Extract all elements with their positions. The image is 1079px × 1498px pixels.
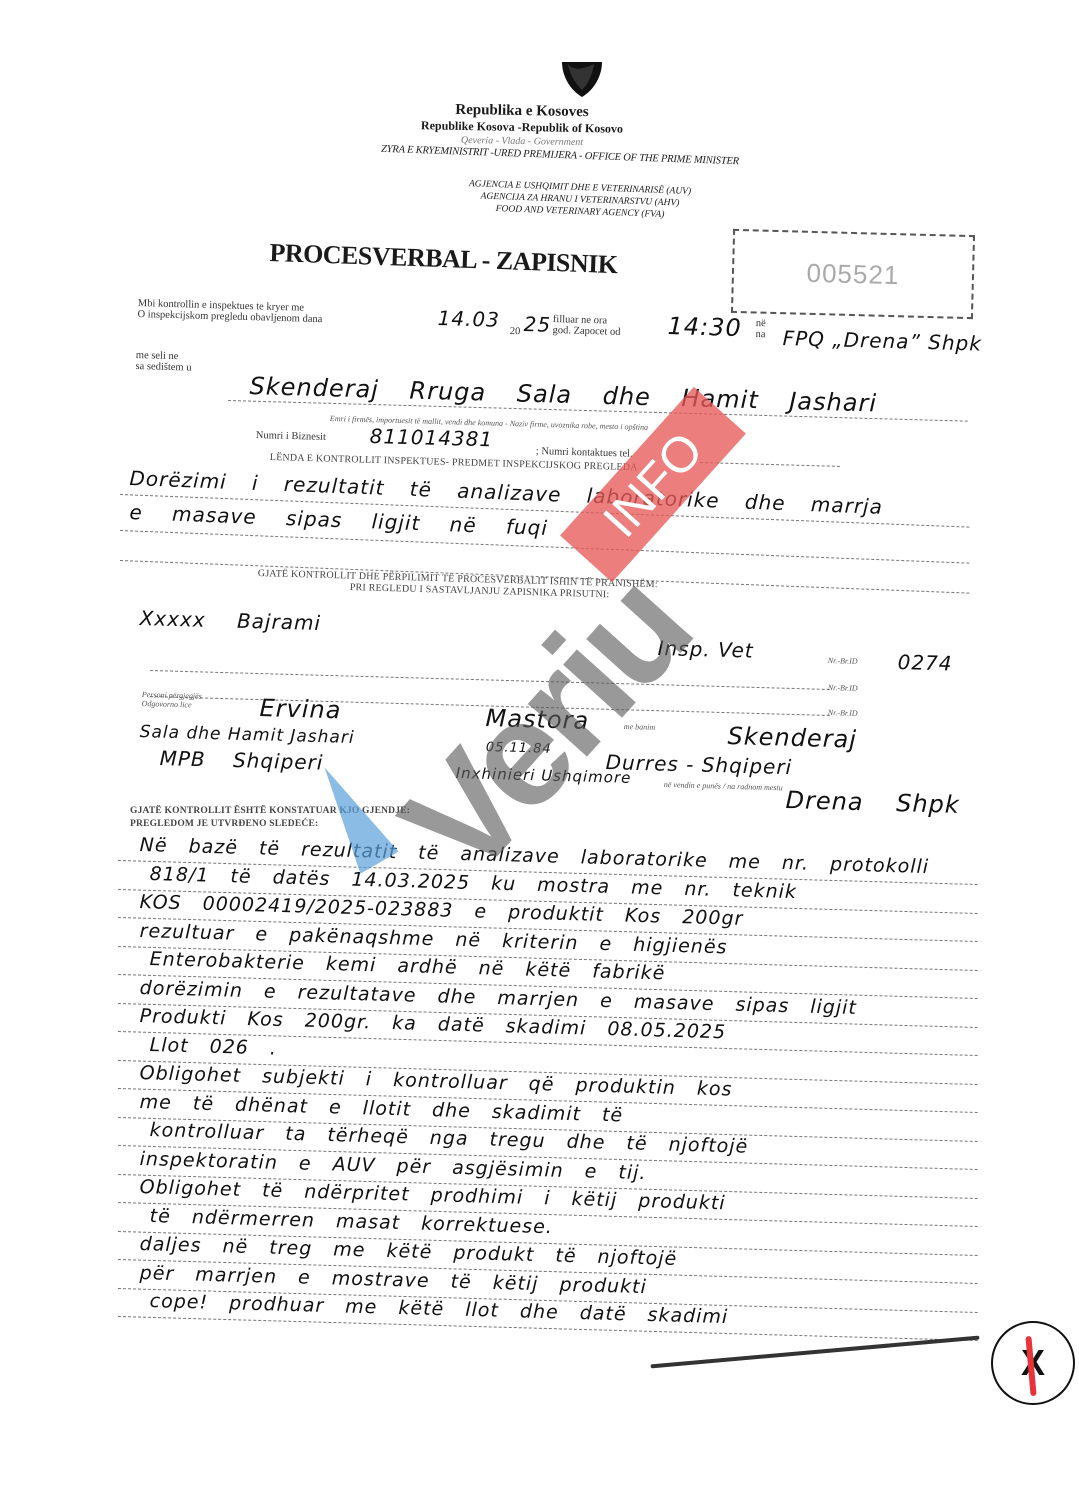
id-label: Nr.-Br.ID [828,656,858,666]
year-suffix: 25 [523,312,551,337]
contact-field [700,462,840,467]
id-document: MPB Shqiperi [159,746,323,775]
position: Inxhinieri Ushqimore [455,764,631,787]
business-label: Numri i Biznesit [256,430,326,443]
id-label: Nr.-Br.ID [828,683,858,693]
residence: Skenderaj [727,722,857,754]
responsible-last-name: Mastora [485,704,589,735]
business-number: 811014381 [369,424,493,451]
seat-labels: me seli ne sa sedištem u [135,350,192,374]
at-labels: në na [755,318,766,340]
residence-label: me banim [624,722,656,732]
document-title: PROCESVERBAL - ZAPISNIK [269,238,618,280]
start-time: 14:30 [667,312,742,342]
findings-line: Llot 026 . [149,1034,277,1060]
address: Sala dhe Hamit Jashari [139,722,354,748]
year-prefix: 20 [510,326,521,337]
intro-row: Mbi kontrollin e inspektues te kryer me … [137,298,322,325]
birthplace: Durres - Shqiperi [605,750,792,779]
workplace-label: në vendin e punës / na radnom mestu [664,780,783,792]
responsible-first-name: Ervina [259,694,342,724]
inspector-id: 0274 [897,650,953,676]
inspector-name: Xxxxx Bajrami [139,606,321,635]
responsible-labels: Personi përgjegjës Odgovorno lice [141,690,201,710]
coat-of-arms-icon [560,62,604,98]
document-page: Republika e Kosoves Republike Kosova -Re… [0,0,1079,1498]
date-of-birth: 05.11.84 [486,740,552,757]
seat-address: Skenderaj Rruga Sala dhe Hamit Jashari [249,372,877,418]
contact-label: ; Numri kontaktues tel. [536,446,633,460]
signature-stroke [650,1336,979,1369]
findings-heading-sr: PREGLEDOM JE UTVRĐENO SLEDEĆE: [130,819,318,829]
workplace: Drena Shpk [785,786,960,819]
inspector-role: Insp. Vet [657,636,754,663]
field-line [150,670,830,690]
serial-number-box: 005521 [731,229,975,319]
inspection-date: 14.03 [437,306,500,332]
inspection-location: FPQ „Drena” Shpk [782,326,982,356]
started-labels: filluar ne ora god. Zapocet od [552,314,621,338]
serial-number: 005521 [806,257,900,290]
id-label: Nr.-Br.ID [828,708,858,718]
subject-line: e masave sipas ligjit në fuqi [129,500,548,540]
